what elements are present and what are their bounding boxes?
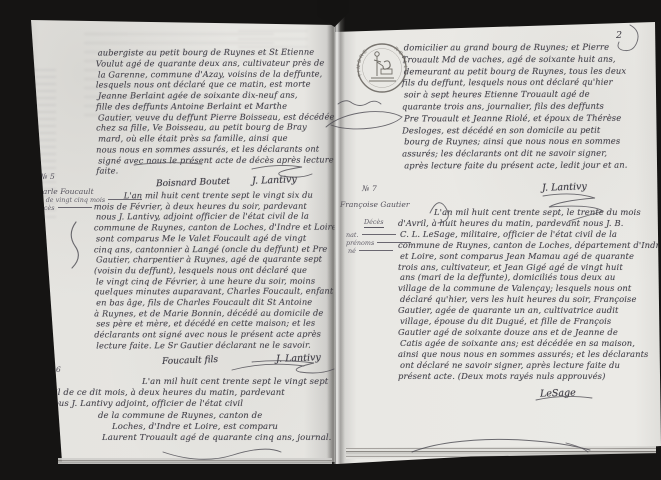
handwritten-line: Avril de ce dit mois, à deux heures du m… bbox=[36, 388, 336, 399]
handwritten-line: Catis agée de soixante ans; est décédée … bbox=[400, 338, 654, 349]
handwritten-line: Laurent Trouault agé de quarante cinq an… bbox=[36, 433, 336, 444]
handwritten-line: déclaré qu'hier, vers les huit heures du… bbox=[400, 294, 654, 305]
handwritten-line: fils du deffunt, lesquels nous ont décla… bbox=[402, 77, 654, 90]
handwritten-line: d'Avril, à huit heures du matin, pardeva… bbox=[398, 218, 654, 229]
handwritten-line: soir à sept heures Etienne Trouault agé … bbox=[404, 89, 654, 102]
handwritten-line: village, épouse du dit Dugué, et fille d… bbox=[400, 316, 654, 327]
act-text-block-ending: aubergiste au petit bourg de Ruynes et S… bbox=[96, 46, 333, 176]
handwritten-line: Desloges, est décédé en son domicile au … bbox=[402, 124, 654, 137]
timbre-royal-stamp: TIMBRE ROYAL bbox=[354, 40, 410, 96]
handwritten-line: commune de Ruynes, canton de Loches, d'I… bbox=[94, 222, 334, 234]
handwritten-line: assurés; les déclarants ont dit ne savoi… bbox=[402, 148, 654, 161]
binding-seam bbox=[327, 16, 345, 464]
handwritten-line: trois ans, cultivateur, et Jean Gigé agé… bbox=[398, 262, 654, 273]
handwritten-line: Pre Trouault et Jeanne Riolé, et époux d… bbox=[404, 112, 654, 125]
handwritten-line: C. L. LeSage, militaire, officier de l'é… bbox=[400, 229, 654, 240]
sheet-edges-bottom-left bbox=[58, 458, 332, 464]
handwritten-line: nous J. Lantivy adjoint, officier de l'é… bbox=[38, 399, 336, 410]
handwritten-line: Gautier agé de soixante douze ans et de … bbox=[398, 327, 654, 338]
page-number: 2 bbox=[616, 30, 622, 41]
act-text-block-trouault-end: domicilier au grand bourg de Ruynes; et … bbox=[402, 42, 654, 173]
handwritten-line: aubergiste au petit bourg de Ruynes et S… bbox=[98, 46, 332, 58]
svg-text:ROYAL: ROYAL bbox=[393, 46, 408, 70]
stamp-figure bbox=[369, 52, 396, 81]
margin-act-type: Décès bbox=[364, 218, 384, 228]
handwritten-line: lecture faite. Le Sr Gautier déclarant n… bbox=[96, 339, 334, 351]
stamp-text-right: ROYAL bbox=[393, 46, 408, 70]
handwritten-line: chez sa fille, Ve Boisseau, au petit bou… bbox=[96, 122, 332, 134]
handwritten-line: nous nous en sommes assurés, et les décl… bbox=[96, 143, 332, 155]
handwritten-line: déclarants ont signé avec nous le présen… bbox=[94, 329, 334, 341]
handwritten-line: domicilier au grand bourg de Ruynes; et … bbox=[404, 42, 654, 55]
handwritten-line: sont comparus Me le Valet Foucault agé d… bbox=[96, 232, 334, 244]
handwritten-line: demeurant au petit bourg de Ruynes, tous… bbox=[404, 65, 654, 78]
margin-act-number: № 6 bbox=[46, 365, 61, 374]
handwritten-line: après lecture faite du présent acte, led… bbox=[404, 160, 654, 173]
handwritten-line: bourg de Ruynes; ainsi que nous nous en … bbox=[404, 136, 654, 149]
register-page-left: aubergiste au petit bourg de Ruynes et S… bbox=[24, 20, 335, 462]
handwritten-line: signé avec nous le présent acte de décès… bbox=[98, 154, 332, 166]
handwritten-line: (voisin du deffunt), lesquels nous ont d… bbox=[94, 265, 334, 277]
margin-note-act-6: № 6 bbox=[46, 365, 61, 374]
handwritten-line: Jeanne Berlaint agée de soixante dix-neu… bbox=[98, 89, 332, 101]
handwritten-line: Gautier, charpentier à Ruynes, agé de qu… bbox=[96, 254, 334, 266]
handwritten-line: le vingt cinq de Février, à une heure du… bbox=[96, 275, 334, 287]
act-text-block-gautier: L'an mil huit cent trente sept, le trent… bbox=[398, 207, 654, 382]
handwritten-line: ainsi que nous nous en sommes assurés; e… bbox=[398, 349, 654, 360]
handwritten-line: Voulut agé de quarante deux ans, cultiva… bbox=[96, 57, 332, 69]
signature-lesage: LeSage bbox=[540, 387, 576, 399]
handwritten-line: L'an mil huit cent trente sept, le trent… bbox=[400, 207, 654, 218]
handwritten-line: Trouault Md de vaches, agé de soixante h… bbox=[402, 53, 654, 66]
handwritten-line: présent acte. (Deux mots rayés nuls appr… bbox=[398, 371, 654, 382]
act-text-block-trouault-start: L'an mil huit cent trente sept le vingt … bbox=[36, 377, 336, 444]
signature-lantivy: J. Lantivy bbox=[252, 174, 297, 187]
handwritten-line: ans (mari de la deffunte), domiciliés to… bbox=[400, 272, 654, 283]
handwritten-line: village de la commune de Valençay; lesqu… bbox=[398, 283, 654, 294]
handwritten-line: en bas âge, fils de Charles Foucault dit… bbox=[96, 297, 334, 309]
margin-act-number: № 7 bbox=[362, 184, 434, 193]
handwritten-line: L'an mil huit cent trente sept le vingt … bbox=[38, 377, 336, 388]
signature-lantivy: J. Lantivy bbox=[276, 352, 321, 365]
act-text-block-foucault: L'an mil huit cent trente sept le vingt … bbox=[94, 190, 335, 351]
handwritten-line: L'an mil huit cent trente sept le vingt … bbox=[96, 190, 334, 202]
scanned-register-spread: aubergiste au petit bourg de Ruynes et S… bbox=[0, 0, 661, 480]
signature-foucault: Foucault fils bbox=[162, 355, 218, 367]
handwritten-line: quarante trois ans, journalier, fils des… bbox=[402, 101, 654, 114]
margin-act-number: № 5 bbox=[40, 172, 124, 181]
handwritten-line: faite. bbox=[96, 165, 332, 177]
handwritten-line: Loches, d'Indre et Loire, est comparu bbox=[38, 422, 336, 433]
handwritten-line: commune de Ruynes, canton de Loches, dép… bbox=[398, 240, 654, 251]
sheet-edges-bottom-right bbox=[346, 446, 656, 459]
signature-lantivy: J. Lantivy bbox=[542, 181, 587, 194]
handwritten-line: de la commune de Ruynes, canton de bbox=[36, 411, 336, 422]
handwritten-line: nous J. Lantivy, adjoint officier de l'é… bbox=[96, 211, 334, 223]
signature-boisnard-boutet: Boisnard Boutet bbox=[156, 177, 230, 190]
handwritten-line: Gautier, agée de quarante un an, cultiva… bbox=[398, 305, 654, 316]
handwritten-line: ont déclaré ne savoir signer, après lect… bbox=[400, 360, 654, 371]
handwritten-line: et Loire, sont comparus Jean Mamau agé d… bbox=[400, 251, 654, 262]
